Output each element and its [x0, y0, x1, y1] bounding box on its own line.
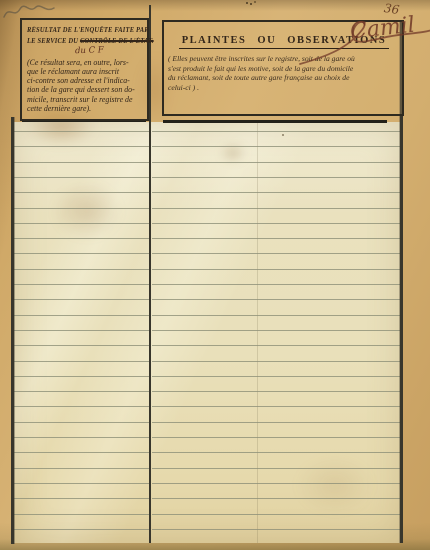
- ruled-line: [152, 468, 401, 469]
- ruled-line: [152, 376, 401, 377]
- ruled-line: [13, 162, 149, 163]
- left-box-heading-line1: RÉSULTAT DE L'ENQUÊTE FAITE PAR: [27, 26, 139, 34]
- handwritten-annotation: du C F: [75, 43, 147, 56]
- ruled-line: [13, 361, 149, 362]
- ruled-line: [13, 468, 149, 469]
- signature-flourish-icon: [286, 12, 430, 72]
- ruled-line: [152, 391, 401, 392]
- ruled-line: [13, 269, 149, 270]
- stain: [52, 182, 122, 240]
- ruled-line: [152, 315, 401, 316]
- ruled-line: [152, 529, 401, 530]
- ruled-line: [13, 376, 149, 377]
- text-line: cette dernière gare).: [27, 104, 147, 113]
- ruled-line: [152, 330, 401, 331]
- text-line: micile, transcrit sur le registre de: [27, 95, 147, 104]
- ruled-line: [152, 238, 401, 239]
- ruled-line: [13, 253, 149, 254]
- ruled-line: [13, 238, 149, 239]
- right-column-top-rule: [163, 120, 387, 123]
- ruled-line: [152, 177, 401, 178]
- ruled-line: [13, 131, 149, 132]
- ruled-line: [152, 345, 401, 346]
- left-info-box: RÉSULTAT DE L'ENQUÊTE FAITE PAR LE SERVI…: [20, 18, 149, 121]
- ruled-line: [152, 452, 401, 453]
- ruled-line: [152, 498, 401, 499]
- ruled-line: [152, 406, 401, 407]
- column-divider: [149, 5, 151, 543]
- ruled-line: [152, 146, 401, 147]
- ruled-line: [13, 514, 149, 515]
- ruled-line: [152, 299, 401, 300]
- ruled-line: [13, 146, 149, 147]
- ruled-line: [152, 223, 401, 224]
- left-box-heading-line2: LE SERVICE DU CONTRÔLE DE L'ÉTAT.: [27, 37, 139, 45]
- ruled-line: [152, 437, 401, 438]
- ruled-line: [13, 422, 149, 423]
- text-line: que le réclamant aura inscrit: [27, 67, 147, 76]
- ruled-line: [13, 452, 149, 453]
- ruled-line: [13, 345, 149, 346]
- ruled-line: [13, 208, 149, 209]
- stain: [295, 455, 375, 515]
- ink-speck: [246, 2, 248, 4]
- text-line: du réclamant, soit de toute autre gare f…: [168, 73, 400, 83]
- text-line: tion de la gare qui dessert son do-: [27, 85, 147, 94]
- ruled-line: [13, 315, 149, 316]
- text-line: ci-contre son adresse et l'indica-: [27, 76, 147, 85]
- ruled-line: [13, 498, 149, 499]
- corner-scribble-icon: [2, 1, 58, 23]
- ruled-line: [13, 391, 149, 392]
- ruled-line: [13, 192, 149, 193]
- ruled-line: [13, 406, 149, 407]
- ruled-line: [13, 223, 149, 224]
- ruled-line: [13, 299, 149, 300]
- ruled-line: [13, 177, 149, 178]
- ruled-line: [152, 514, 401, 515]
- ruled-line: [152, 361, 401, 362]
- ruled-line: [13, 483, 149, 484]
- ruled-line: [13, 284, 149, 285]
- ruled-line: [13, 529, 149, 530]
- ruled-line: [13, 437, 149, 438]
- ruled-line: [152, 192, 401, 193]
- ruled-line: [152, 131, 401, 132]
- heading-prefix: LE SERVICE DU: [27, 37, 80, 45]
- ruled-line: [152, 422, 401, 423]
- table-left-border: [11, 117, 14, 544]
- ruled-line: [152, 162, 401, 163]
- ruled-line: [13, 330, 149, 331]
- ruled-line: [152, 208, 401, 209]
- ruled-line: [152, 483, 401, 484]
- left-box-body: (Ce résultat sera, en outre, lors-que le…: [27, 58, 147, 114]
- ruled-line: [152, 253, 401, 254]
- ruled-line: [152, 269, 401, 270]
- ruled-line: [152, 284, 401, 285]
- paper-crease: [257, 122, 258, 543]
- text-line: (Ce résultat sera, en outre, lors-: [27, 58, 147, 67]
- text-line: celui-ci ) .: [168, 83, 400, 93]
- scanned-register-page: { "document": { "page_number": "36", "si…: [0, 0, 430, 550]
- ink-speck: [282, 134, 284, 136]
